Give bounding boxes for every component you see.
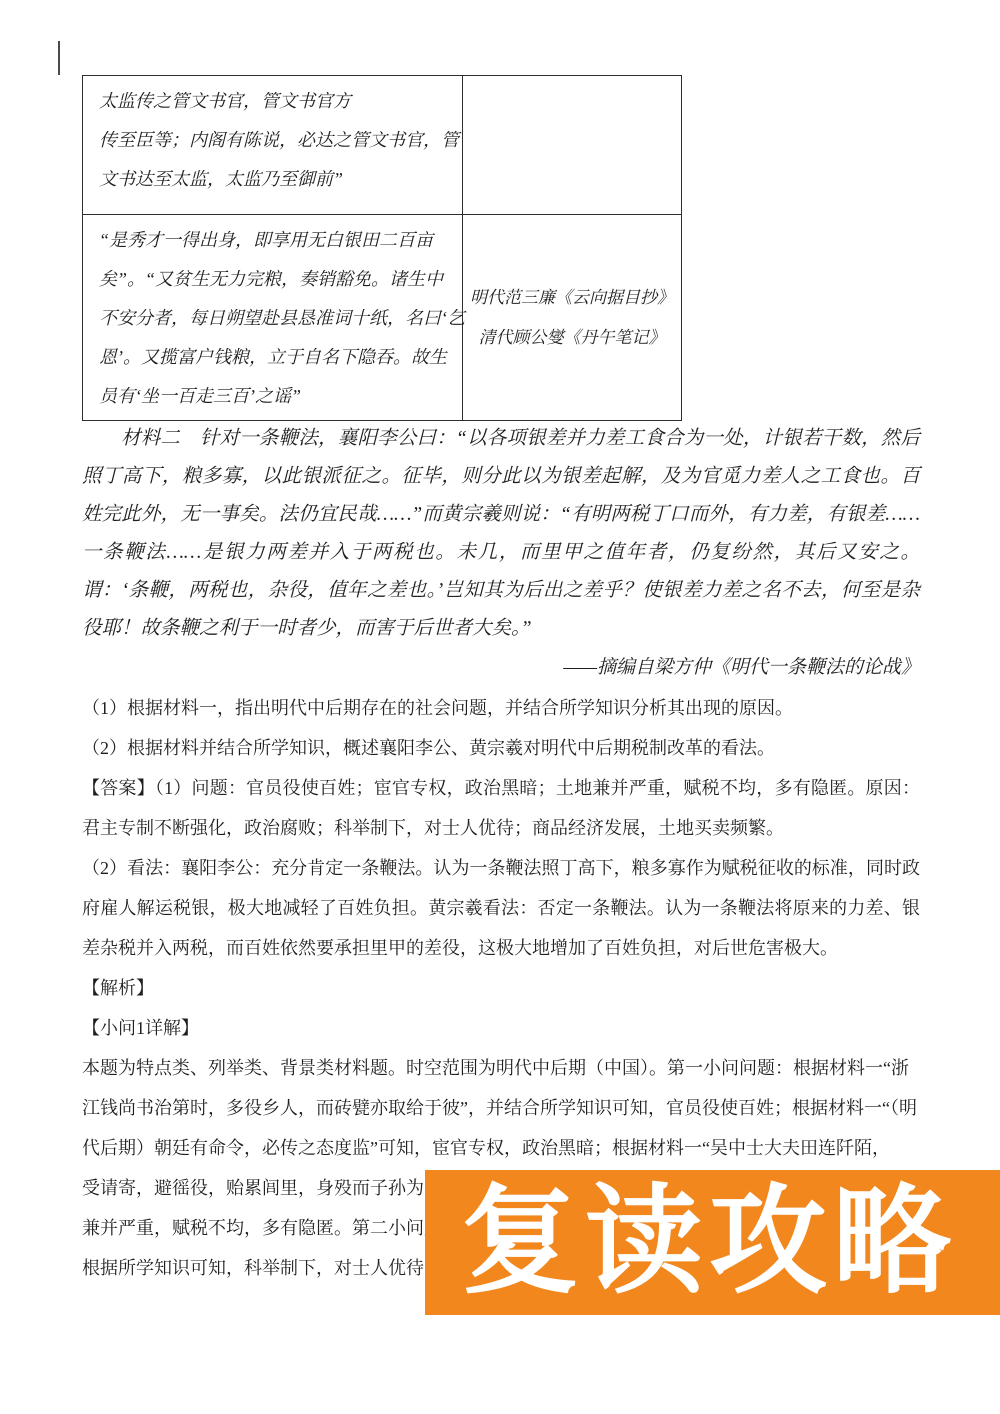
table-row: 太监传之管文书官，管文书官方 传至臣等；内阁有陈说，必达之管文书官，管 文书达至… [83,76,681,215]
quote-line: 矣”。“又贫生无力完粮，奏销豁免。诸生中 [99,260,454,299]
material-two-paragraph: 材料二 针对一条鞭法，襄阳李公曰：“以各项银差并力差工食合为一处，计银若干数，然… [82,420,920,648]
answer-part-2: （2）看法：襄阳李公：充分肯定一条鞭法。认为一条鞭法照丁高下，粮多寡作为赋税征收… [82,848,920,968]
answer-part-1: 【答案】（1）问题：官员役使百姓；宦官专权，政治黑暗；土地兼并严重，赋税不均，多… [82,768,920,848]
source-citation-line: 明代范三廉《云向据目抄》 [470,278,674,318]
analysis-label: 【解析】 [82,968,920,1008]
promo-banner-text: 复读攻略 [425,1170,957,1315]
table-row: “是秀才一得出身，即享用无白银田二百亩 矣”。“又贫生无力完粮，奏销豁免。诸生中… [83,215,681,420]
table-border-artifact [58,41,60,75]
table-cell-source-1 [463,76,681,214]
source-citation-line: 清代顾公燮《丹午笔记》 [479,318,666,358]
quote-line: 传至臣等；内阁有陈说，必达之管文书官，管 [99,121,454,160]
source-attribution: ——摘编自梁方仲《明代一条鞭法的论战》 [82,648,920,688]
document-body: 材料二 针对一条鞭法，襄阳李公曰：“以各项银差并力差工食合为一处，计银若干数，然… [82,420,920,1288]
table-cell-quote-1: 太监传之管文书官，管文书官方 传至臣等；内阁有陈说，必达之管文书官，管 文书达至… [83,76,463,214]
quote-line: 员有‘坐一百走三百’之谣” [99,377,454,416]
analysis-line: 本题为特点类、列举类、背景类材料题。时空范围为明代中后期（中国）。第一小问问题：… [82,1048,920,1088]
analysis-line: 江钱尚书治第时，多役乡人，而砖甓亦取给于彼”，并结合所学知识可知，官员役使百姓；… [82,1088,920,1128]
analysis-line: 代后期）朝廷有命令，必传之态度监”可知，宦官专权，政治黑暗；根据材料一“吴中士大… [82,1128,920,1168]
quote-line: 太监传之管文书官，管文书官方 [99,82,454,121]
quote-line: 不安分者，每日朔望赴县恳准词十纸，名曰‘乞 [99,299,454,338]
document-page: 太监传之管文书官，管文书官方 传至臣等；内阁有陈说，必达之管文书官，管 文书达至… [0,0,1000,1414]
source-material-table: 太监传之管文书官，管文书官方 传至臣等；内阁有陈说，必达之管文书官，管 文书达至… [82,75,682,421]
quote-line: “是秀才一得出身，即享用无白银田二百亩 [99,221,454,260]
question-2: （2）根据材料并结合所学知识，概述襄阳李公、黄宗羲对明代中后期税制改革的看法。 [82,728,920,768]
table-cell-source-2: 明代范三廉《云向据目抄》 清代顾公燮《丹午笔记》 [463,215,681,420]
sub-question-1-label: 【小问1详解】 [82,1008,920,1048]
question-1: （1）根据材料一，指出明代中后期存在的社会问题，并结合所学知识分析其出现的原因。 [82,688,920,728]
promo-banner: 复读攻略 [425,1170,1000,1315]
quote-line: 文书达至太监，太监乃至御前” [99,160,454,199]
table-cell-quote-2: “是秀才一得出身，即享用无白银田二百亩 矣”。“又贫生无力完粮，奏销豁免。诸生中… [83,215,463,420]
quote-line: 恩’。又揽富户钱粮，立于自名下隐吞。故生 [99,338,454,377]
